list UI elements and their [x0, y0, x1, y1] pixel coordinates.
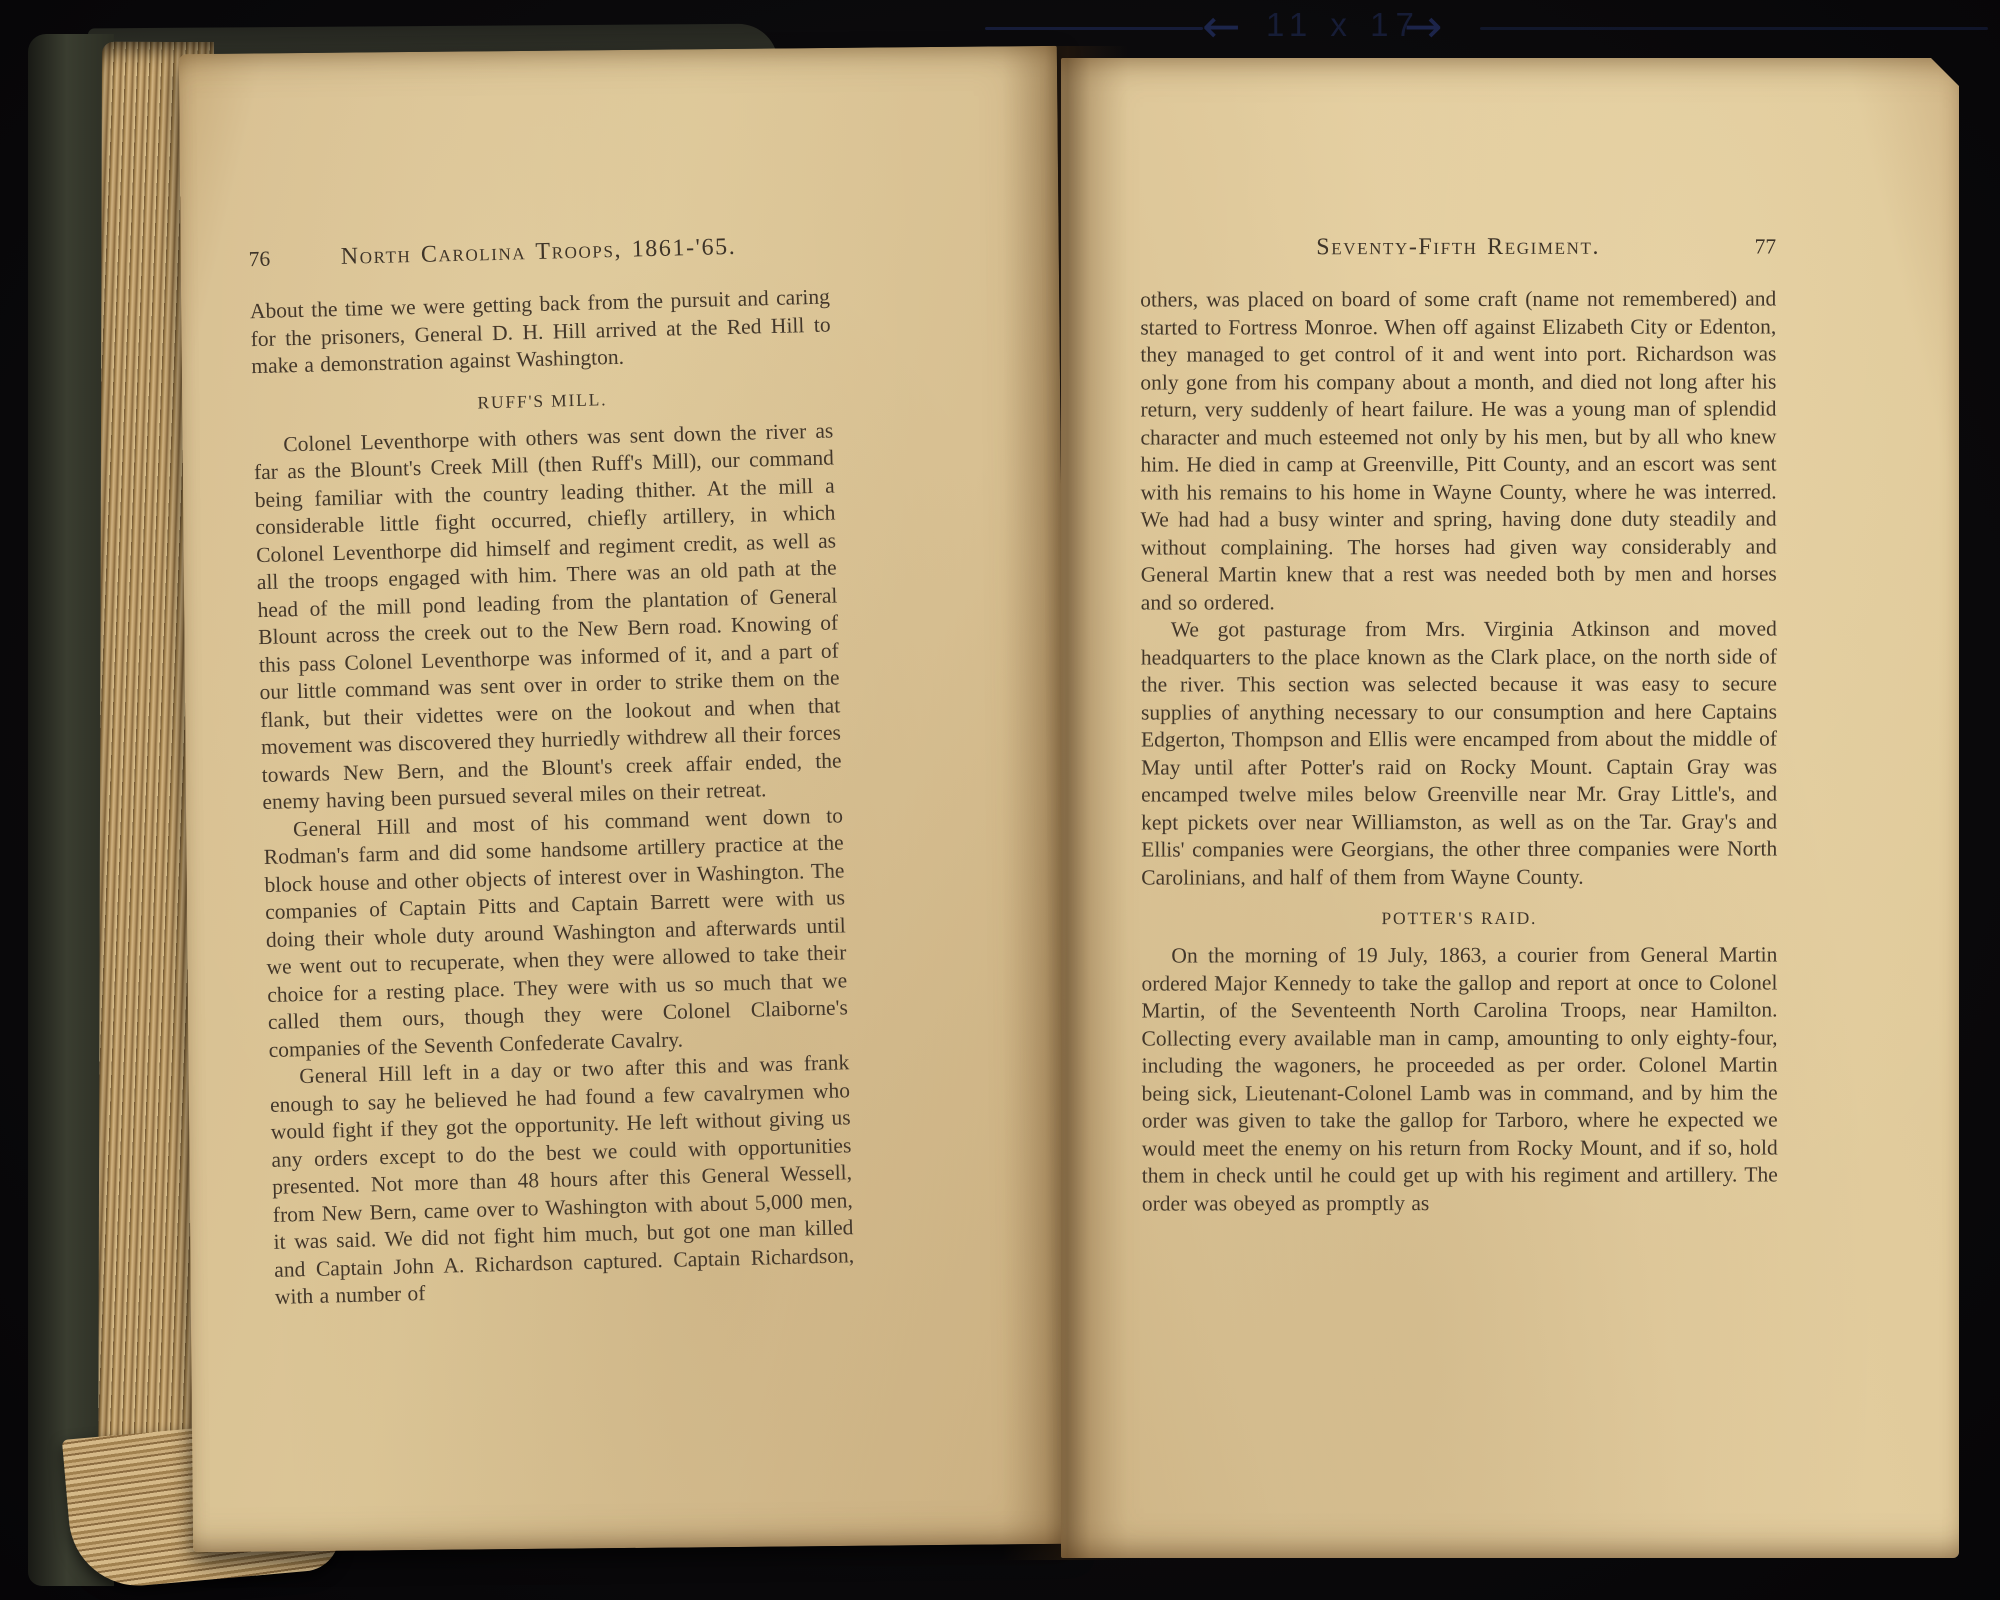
paragraph: Colonel Leventhorpe with others was sent…: [253, 417, 843, 817]
right-page-text-column: Seventy-Fifth Regiment. 77 others, was p…: [1140, 233, 1778, 1217]
left-page-text-column: 76 North Carolina Troops, 1861-'65. Abou…: [248, 232, 855, 1312]
paragraph: On the morning of 19 July, 1863, a couri…: [1141, 941, 1777, 1217]
right-running-header: Seventy-Fifth Regiment.: [1204, 234, 1712, 262]
paragraph: others, was placed on board of some craf…: [1140, 285, 1777, 616]
ruler-format-label: 11 x 17: [1266, 6, 1421, 44]
left-page: 76 North Carolina Troops, 1861-'65. Abou…: [179, 46, 1071, 1552]
scanner-bed-background: ← 11 x 17 → 76 North Carolina Troops, 18…: [0, 0, 2000, 1600]
paragraph: General Hill and most of his command wen…: [263, 802, 849, 1064]
ruler-line-left: [985, 27, 1203, 30]
ruler-line-right: [1480, 27, 1988, 30]
ruler-left-arrow-icon: ←: [1202, 0, 1241, 52]
paragraph: We got pasturage from Mrs. Virginia Atki…: [1141, 615, 1777, 891]
left-page-header-row: 76 North Carolina Troops, 1861-'65.: [248, 232, 828, 274]
left-header-spacer: [765, 252, 829, 254]
right-page: Seventy-Fifth Regiment. 77 others, was p…: [1061, 58, 1959, 1558]
section-heading-ruffs-mill: RUFF'S MILL.: [252, 383, 832, 419]
section-heading-potters-raid: POTTER'S RAID.: [1141, 907, 1777, 929]
left-running-header: North Carolina Troops, 1861-'65.: [312, 233, 765, 271]
right-page-number: 77: [1712, 234, 1776, 259]
ruler-right-arrow-icon: →: [1404, 0, 1443, 52]
right-page-header-row: Seventy-Fifth Regiment. 77: [1140, 233, 1776, 261]
paragraph: General Hill left in a day or two after …: [269, 1049, 855, 1311]
paragraph: About the time we were getting back from…: [250, 284, 832, 381]
left-page-number: 76: [248, 246, 313, 273]
